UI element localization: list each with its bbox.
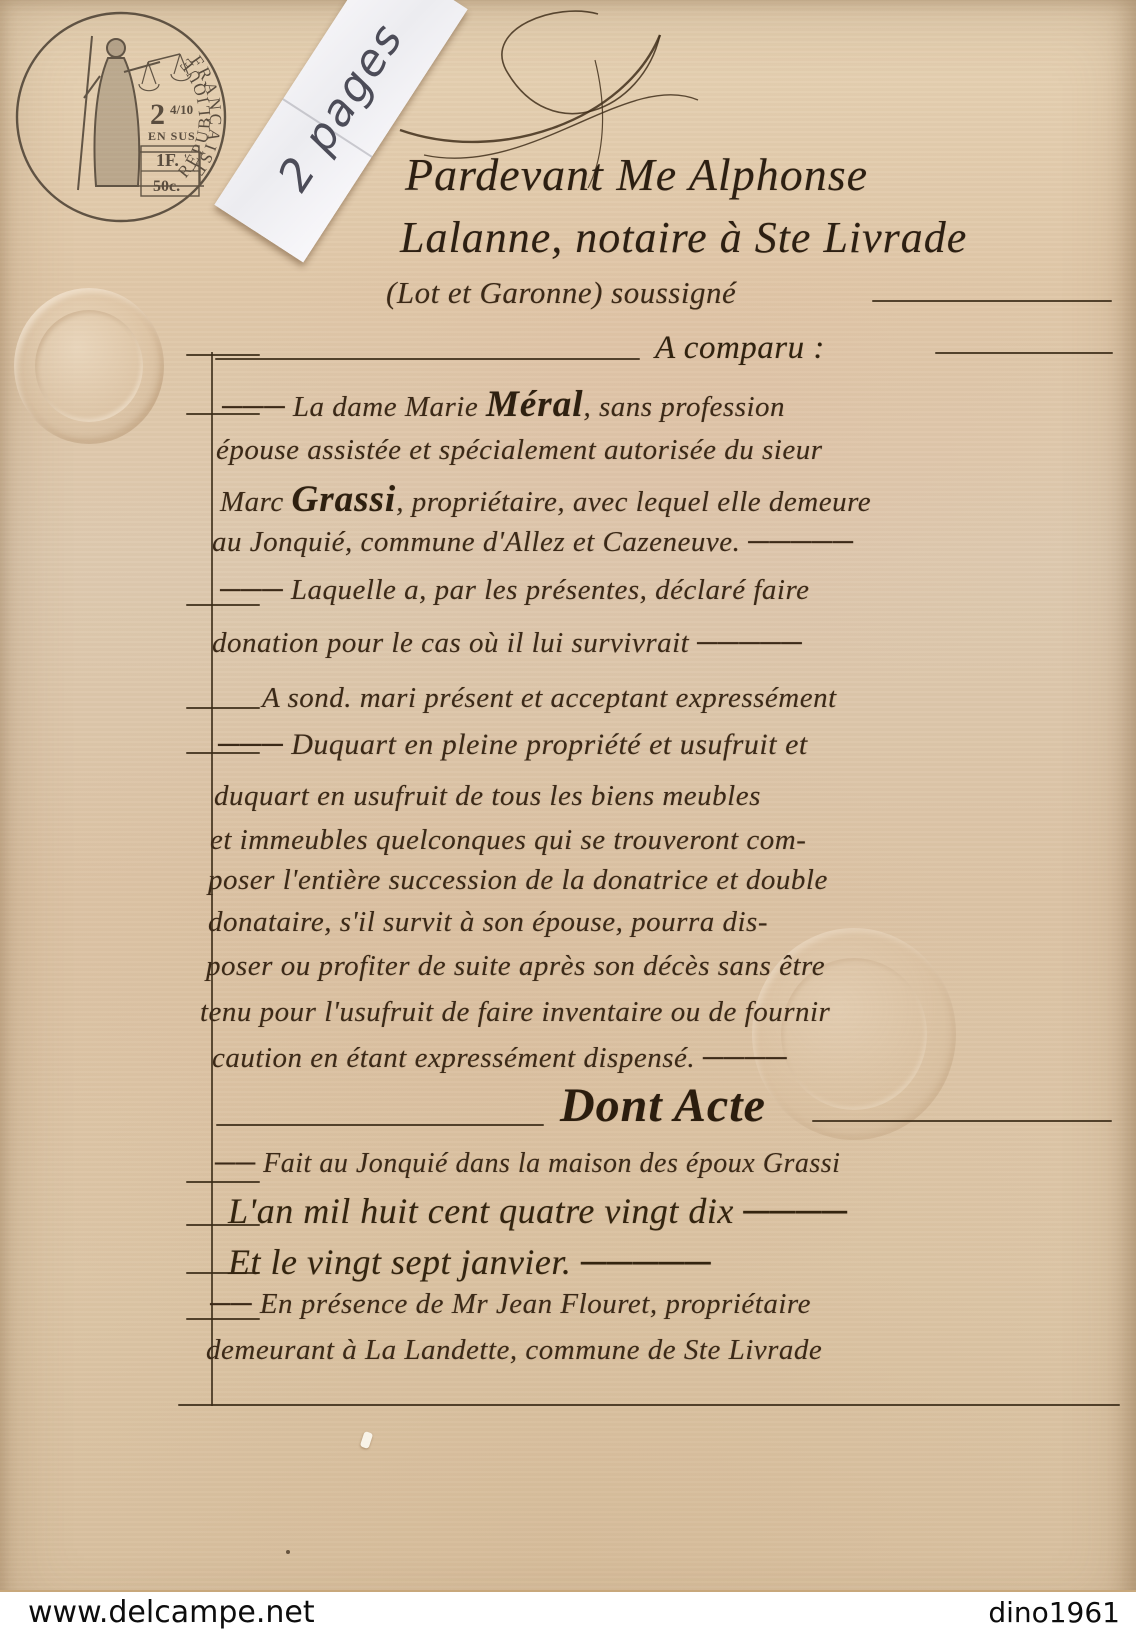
- watermark-site-label: www.delcampe.net: [28, 1595, 315, 1630]
- manuscript-line-grassi: Marc Grassi, propriétaire, avec lequel e…: [220, 478, 871, 521]
- manuscript-line-duquart-1: ─── Duquart en pleine propriété et usufr…: [218, 728, 808, 762]
- manuscript-line-profiter: poser ou profiter de suite après son déc…: [206, 950, 825, 983]
- manuscript-heading-line-1: Pardevant Me Alphonse: [405, 148, 868, 201]
- stamp-surtax-label: EN SUS: [148, 129, 196, 143]
- grassi-prefix: Marc: [220, 486, 292, 518]
- watermark-user-label: dino1961: [988, 1596, 1120, 1629]
- grassi-name: Grassi: [292, 479, 397, 520]
- manuscript-line-tenu: tenu pour l'usufruit de faire inventaire…: [200, 996, 830, 1029]
- dont-acte-right-rule: [812, 1120, 1112, 1122]
- manuscript-comparu: A comparu :: [655, 330, 825, 367]
- margin-dash: [186, 707, 260, 709]
- manuscript-line-meral: ─── La dame Marie Méral, sans profession: [222, 383, 785, 426]
- grassi-suffix: , propriétaire, avec lequel elle demeure: [396, 486, 871, 518]
- margin-dash: [186, 1181, 260, 1183]
- meral-name: Méral: [486, 384, 584, 425]
- fill-rule: [935, 352, 1113, 354]
- stamp-surtax-fraction: 4/10: [170, 102, 193, 117]
- dont-acte-left-rule: [216, 1124, 544, 1126]
- manuscript-line-fait: ── Fait au Jonquié dans la maison des ép…: [215, 1148, 840, 1180]
- bottom-rule: [178, 1404, 1120, 1406]
- revenue-stamp-icon: RÉPUBLIQUE FRANÇAISE 2 4/10 EN SUS 1F.: [8, 2, 238, 237]
- stamp-cent-value: 50c.: [153, 178, 180, 195]
- embossed-seal-ring: [35, 310, 143, 422]
- watermark-strip: www.delcampe.net dino1961: [0, 1590, 1136, 1633]
- meral-prefix: ─── La dame Marie: [222, 391, 486, 423]
- scanned-document-page: RÉPUBLIQUE FRANÇAISE 2 4/10 EN SUS 1F.: [0, 0, 1136, 1633]
- manuscript-line-mari: A sond. mari présent et acceptant expres…: [262, 682, 837, 715]
- stamp-surtax-number: 2: [150, 98, 165, 131]
- margin-dash: [186, 354, 260, 356]
- paper-chip-blemish: [360, 1431, 374, 1449]
- manuscript-line-an: L'an mil huit cent quatre vingt dix ────: [228, 1190, 847, 1232]
- stamp-franc-value: 1F.: [156, 150, 179, 170]
- embossed-notary-seal: [14, 288, 164, 444]
- manuscript-line-donataire: donataire, s'il survit à son épouse, pou…: [208, 906, 768, 939]
- ink-speck: [286, 1550, 290, 1554]
- manuscript-line-poser: poser l'entière succession de la donatri…: [208, 864, 828, 897]
- manuscript-line-janvier: Et le vingt sept janvier. ─────: [228, 1241, 711, 1283]
- manuscript-line-epouse: épouse assistée et spécialement autorisé…: [216, 434, 823, 467]
- manuscript-line-laquelle: ─── Laquelle a, par les présentes, décla…: [220, 574, 810, 607]
- manuscript-heading-line-3: (Lot et Garonne) soussigné: [386, 275, 736, 311]
- manuscript-line-donation: donation pour le cas où il lui survivrai…: [212, 627, 802, 660]
- manuscript-heading-line-2: Lalanne, notaire à Ste Livrade: [400, 212, 967, 263]
- manuscript-line-demeurant: demeurant à La Landette, commune de Ste …: [206, 1334, 822, 1367]
- manuscript-line-duquart-2: duquart en usufruit de tous les biens me…: [214, 780, 761, 813]
- manuscript-line-presence: ── En présence de Mr Jean Flouret, propr…: [210, 1288, 811, 1321]
- fill-rule: [215, 358, 640, 360]
- meral-suffix: , sans profession: [583, 391, 785, 423]
- manuscript-dont-acte: Dont Acte: [560, 1078, 766, 1133]
- manuscript-line-jonquie: au Jonquié, commune d'Allez et Cazeneuve…: [212, 526, 853, 559]
- manuscript-line-immeubles: et immeubles quelconques qui se trouvero…: [210, 824, 806, 857]
- fill-rule: [872, 300, 1112, 302]
- manuscript-line-caution: caution en étant expressément dispensé. …: [212, 1042, 787, 1075]
